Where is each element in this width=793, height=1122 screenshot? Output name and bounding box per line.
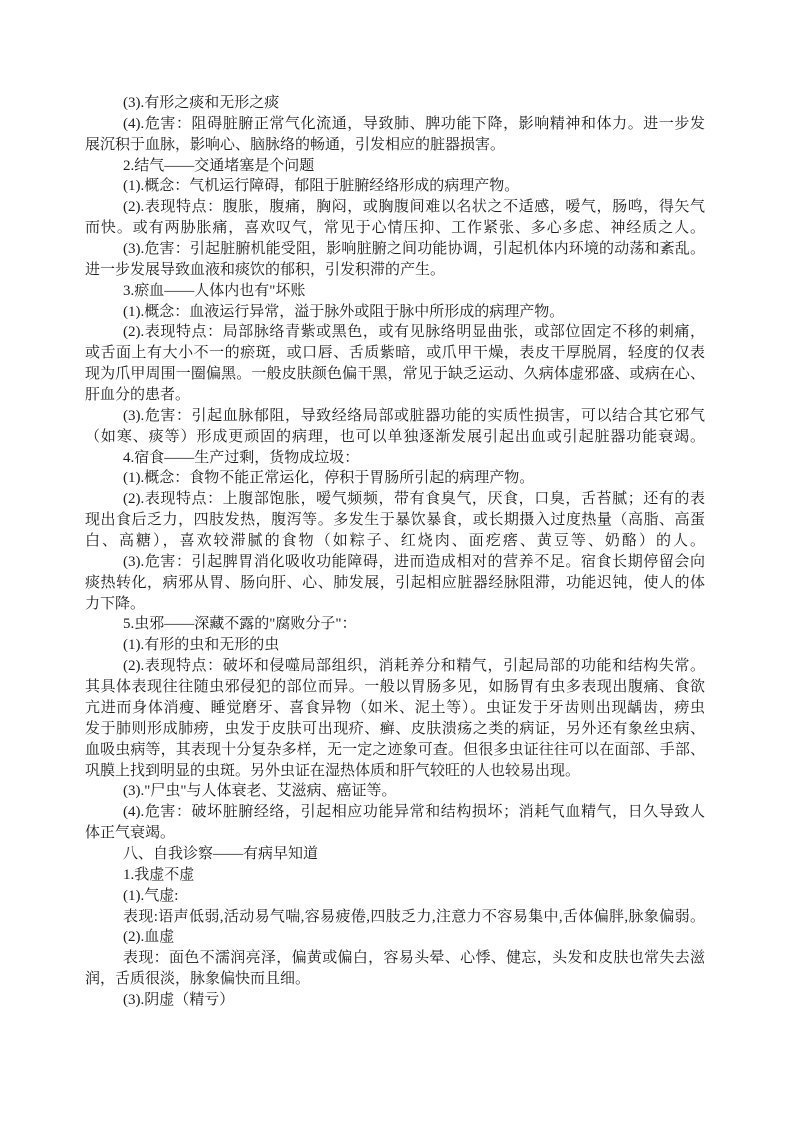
text-line: 其具体表现往往随虫邪侵犯的部位而异。一般以胃肠多见，如肠胃有虫多表现出腹痛、食欲 — [85, 677, 705, 698]
text-line: 展沉积于血脉，影响心、脑脉络的畅通，引发相应的脏器损害。 — [85, 135, 705, 156]
text-line: 表现：面色不濡润亮泽，偏黄或偏白，容易头晕、心悸、健忘，头发和皮肤也常失去滋 — [85, 948, 705, 969]
text-line: (2).表现特点：上腹部饱胀，嗳气频频，带有食臭气，厌食，口臭，舌苔腻；还有的表 — [85, 489, 705, 510]
text-line: 而快。或有两胁胀痛，喜欢叹气，常见于心情压抑、工作紧张、多心多虑、神经质之人。 — [85, 218, 705, 239]
text-line: 3.瘀血——人体内也有"坏账 — [85, 281, 705, 302]
text-line: 进一步发展导致血液和痰饮的郁积，引发积滞的产生。 — [85, 260, 705, 281]
text-line: (1).概念：气机运行障碍，郁阻于脏腑经络形成的病理产物。 — [85, 176, 705, 197]
text-line: 润，舌质很淡，脉象偏快而且细。 — [85, 969, 705, 990]
text-line: 痰热转化，病邪从胃、肠向肝、心、肺发展，引起相应脏器经脉阻滞，功能迟钝，使人的体 — [85, 573, 705, 594]
text-line: (4).危害：破坏脏腑经络，引起相应功能异常和结构损坏；消耗气血精气，日久导致人 — [85, 802, 705, 823]
text-line: (3).阴虚（精亏） — [85, 990, 705, 1011]
text-line: 白、高糖），喜欢较滞腻的食物（如粽子、红烧肉、面疙瘩、黄豆等、奶酪）的人。 — [85, 531, 705, 552]
text-line: (2).表现特点：腹胀，腹痛，胸闷，或胸腹间难以名状之不适感，嗳气，肠鸣，得矢气 — [85, 197, 705, 218]
text-line: (2).表现特点：局部脉络青紫或黑色，或有见脉络明显曲张，或部位固定不移的刺痛， — [85, 322, 705, 343]
text-line: 肝血分的患者。 — [85, 385, 705, 406]
text-line: (1).概念：食物不能正常运化，停积于胃肠所引起的病理产物。 — [85, 468, 705, 489]
text-line: 亢进而身体消瘦、睡觉磨牙、喜食异物（如米、泥土等）。虫证发于牙齿则出现龋齿，痨虫 — [85, 698, 705, 719]
text-line: (2).血虚 — [85, 927, 705, 948]
text-line: (1).概念：血液运行异常，溢于脉外或阻于脉中所形成的病理产物。 — [85, 302, 705, 323]
text-line: （如寒、痰等）形成更顽固的病理，也可以单独逐渐发展引起出血或引起脏器功能衰竭。 — [85, 427, 705, 448]
text-line: 血吸虫病等，其表现十分复杂多样，无一定之迹象可查。但很多虫证往往可以在面部、手部… — [85, 740, 705, 761]
text-line: 表现:语声低弱,活动易气喘,容易疲倦,四肢乏力,注意力不容易集中,舌体偏胖,脉象… — [85, 907, 705, 928]
document-body: (3).有形之痰和无形之痰(4).危害：阻碍脏腑正常气化流通，导致肺、脾功能下降… — [85, 93, 705, 1011]
text-line: 发于肺则形成肺痨，虫发于皮肤可出现疥、癣、皮肤溃疡之类的病证，另外还有象丝虫病、 — [85, 719, 705, 740]
text-line: 巩膜上找到明显的虫斑。另外虫证在湿热体质和肝气较旺的人也较易出现。 — [85, 761, 705, 782]
text-line: 力下降。 — [85, 594, 705, 615]
text-line: 或舌面上有大小不一的瘀斑，或口唇、舌质紫暗，或爪甲干燥，表皮干厚脱屑，轻度的仅表 — [85, 343, 705, 364]
document-page: (3).有形之痰和无形之痰(4).危害：阻碍脏腑正常气化流通，导致肺、脾功能下降… — [0, 0, 793, 1122]
text-line: (4).危害：阻碍脏腑正常气化流通，导致肺、脾功能下降，影响精神和体力。进一步发 — [85, 114, 705, 135]
text-line: 2.结气——交通堵塞是个问题 — [85, 156, 705, 177]
text-line: 现出食后乏力，四肢发热，腹泻等。多发生于暴饮暴食，或长期摄入过度热量（高脂、高蛋 — [85, 510, 705, 531]
text-line: (1).有形的虫和无形的虫 — [85, 635, 705, 656]
text-line: (3).危害：引起脏腑机能受阻，影响脏腑之间功能协调，引起机体内环境的动荡和紊乱… — [85, 239, 705, 260]
text-line: 现为爪甲周围一圈偏黑。一般皮肤颜色偏干黑，常见于缺乏运动、久病体虚邪盛、或病在心… — [85, 364, 705, 385]
text-line: 1.我虚不虚 — [85, 865, 705, 886]
text-line: 体正气衰竭。 — [85, 823, 705, 844]
text-line: (3)."尸虫"与人体衰老、艾滋病、癌证等。 — [85, 781, 705, 802]
text-line: (1).气虚: — [85, 886, 705, 907]
text-line: 4.宿食——生产过剩，货物成垃圾： — [85, 448, 705, 469]
text-line: (3).危害：引起血脉郁阻，导致经络局部或脏器功能的实质性损害，可以结合其它邪气 — [85, 406, 705, 427]
text-line: 5.虫邪——深藏不露的"腐败分子"： — [85, 614, 705, 635]
text-line: (2).表现特点：破坏和侵噬局部组织，消耗养分和精气，引起局部的功能和结构失常。 — [85, 656, 705, 677]
text-line: 八、自我诊察——有病早知道 — [85, 844, 705, 865]
text-line: (3).危害：引起脾胃消化吸收功能障碍，进而造成相对的营养不足。宿食长期停留会向 — [85, 552, 705, 573]
text-line: (3).有形之痰和无形之痰 — [85, 93, 705, 114]
